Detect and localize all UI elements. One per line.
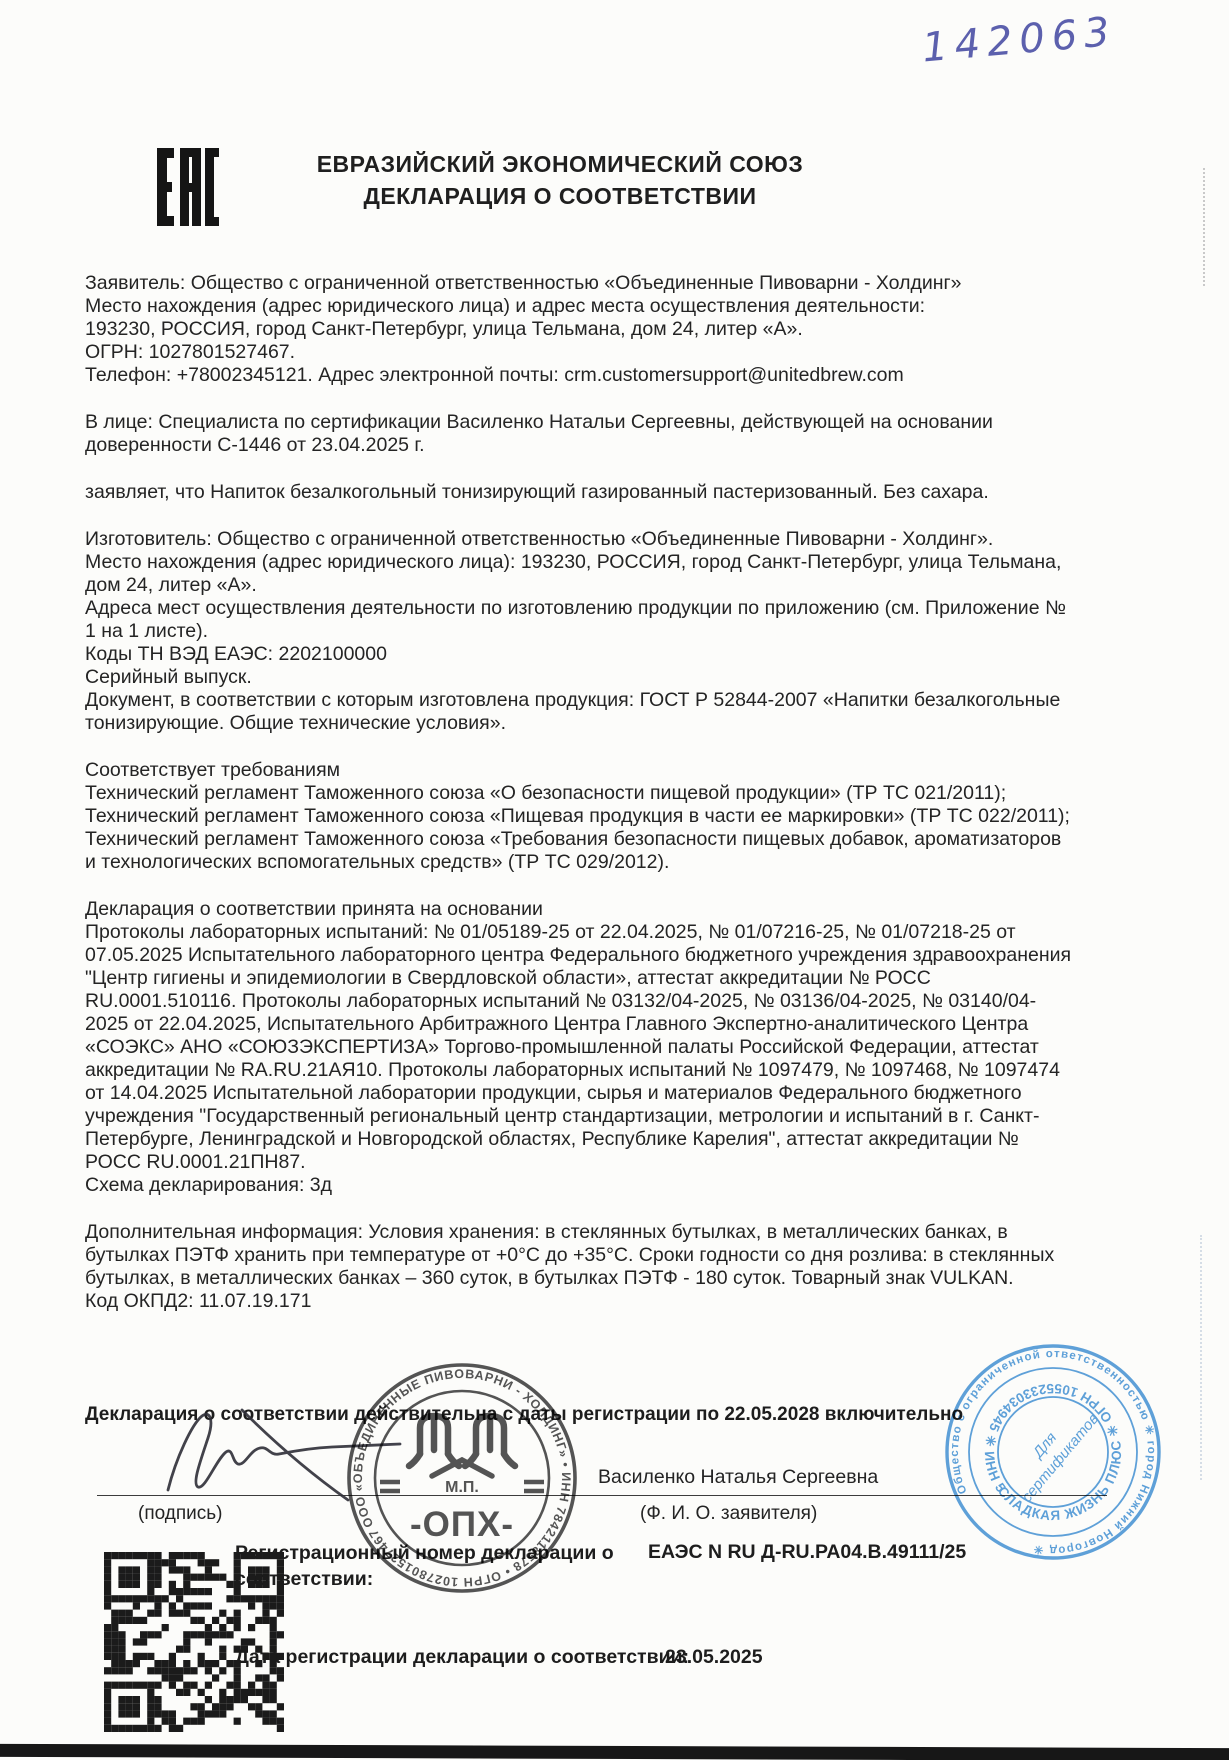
registration-date-value: 23.05.2025 xyxy=(665,1646,763,1669)
certification-blue-stamp: Общество с ограниченной ответственностью… xyxy=(938,1337,1168,1567)
qr-code xyxy=(104,1552,284,1732)
eac-logo-icon xyxy=(155,146,221,228)
document-title: ЕВРАЗИЙСКИЙ ЭКОНОМИЧЕСКИЙ СОЮЗ ДЕКЛАРАЦИ… xyxy=(280,148,840,212)
paragraph-basis: Декларация о соответствии принята на осн… xyxy=(85,898,1203,1197)
paragraph-applicant: Заявитель: Общество с ограниченной ответ… xyxy=(85,272,1203,387)
scan-artifact-dots xyxy=(1203,168,1205,286)
blue-stamp-center-line2: сертификатов xyxy=(1018,1410,1102,1505)
title-union: ЕВРАЗИЙСКИЙ ЭКОНОМИЧЕСКИЙ СОЮЗ xyxy=(280,148,840,180)
paragraph-manufacturer: Изготовитель: Общество с ограниченной от… xyxy=(85,528,1203,735)
applicant-name: Василенко Наталья Сергеевна xyxy=(598,1466,878,1489)
paragraph-declares: заявляет, что Напиток безалкогольный тон… xyxy=(85,481,1203,504)
blue-stamp-outer-ring-text: Общество с ограниченной ответственностью… xyxy=(938,1337,1168,1567)
company-round-stamp: М.П. -ОПХ- ООО «ОБЪЕДИНЕННЫЕ ПИВОВАРНИ -… xyxy=(337,1353,587,1603)
handwritten-number: 142063 xyxy=(920,7,1143,72)
stamp-mp-text: М.П. xyxy=(445,1479,479,1496)
stamp-opx-text: -ОПХ- xyxy=(410,1505,514,1544)
paragraph-additional-info: Дополнительная информация: Условия хране… xyxy=(85,1221,1203,1313)
registration-date-label: Дата регистрации декларации о соответств… xyxy=(235,1646,689,1669)
registration-number-value: ЕАЭС N RU Д-RU.РА04.В.49111/25 xyxy=(648,1541,966,1564)
scan-edge-bar xyxy=(0,1744,1229,1760)
scan-artifact-dots xyxy=(1200,1235,1202,1480)
paragraph-compliance: Соответствует требованиям Технический ре… xyxy=(85,759,1203,874)
document-body: Заявитель: Общество с ограниченной ответ… xyxy=(85,272,1203,1337)
declaration-document-page: 142063 ЕВРАЗИЙСКИЙ ЭКОНОМИЧЕСКИЙ СОЮЗ ДЕ… xyxy=(0,0,1229,1760)
title-declaration: ДЕКЛАРАЦИЯ О СООТВЕТСТВИИ xyxy=(280,180,840,212)
paragraph-representative: В лице: Специалиста по сертификации Васи… xyxy=(85,411,1203,457)
svg-text:Общество с ограниченной ответс: Общество с ограниченной ответственностью… xyxy=(938,1337,1168,1567)
applicant-name-caption: (Ф. И. О. заявителя) xyxy=(640,1503,817,1525)
